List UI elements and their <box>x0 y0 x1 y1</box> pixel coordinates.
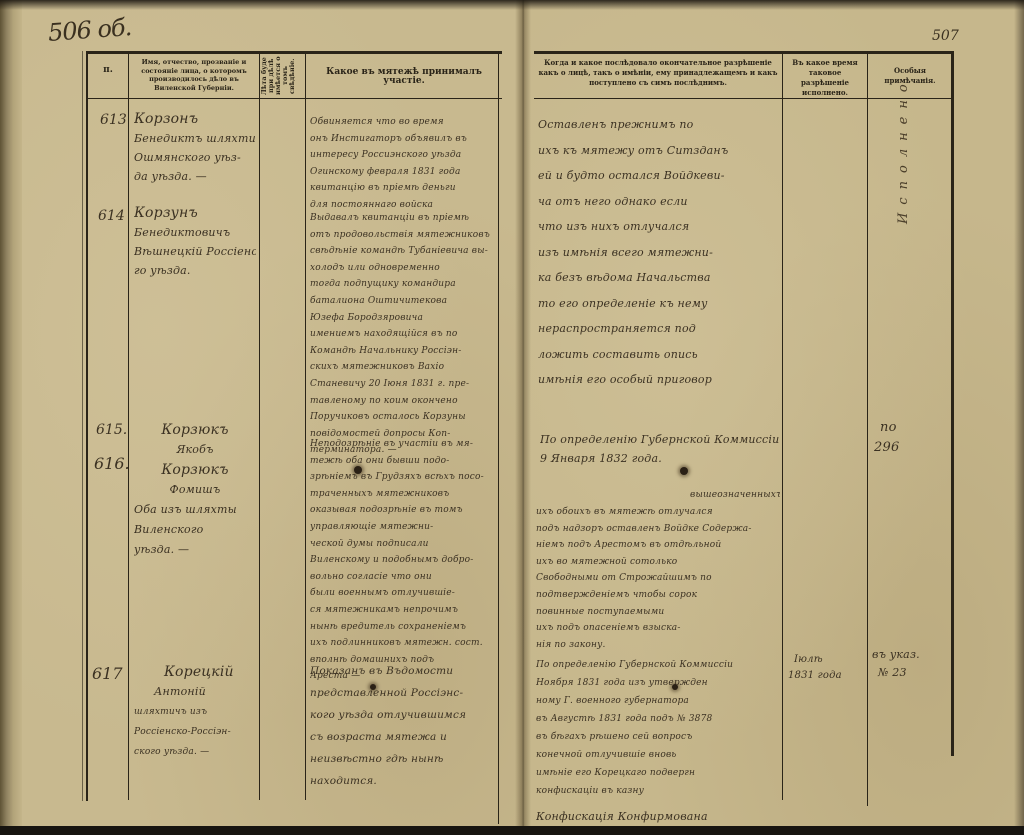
name-line: Корзонъ <box>134 110 256 129</box>
text-line: изъ имѣнія всего мятежни- <box>538 240 782 266</box>
header-name: Имя, отчество, прозваніе и состояніе лиц… <box>131 58 257 92</box>
folio-number-left: 506 об. <box>47 13 132 47</box>
text-line: отъ продовольствiя мятежниковъ <box>310 227 496 244</box>
header-executed: Въ какое время таковое разрѣшеніе исполн… <box>784 58 866 98</box>
name-line: Ошмянского уѣз- <box>134 148 256 167</box>
text-line: ческой думы подписали <box>310 536 496 553</box>
text-line: Ноября 1831 года изъ утвержден <box>536 674 780 692</box>
name-line: Виленского <box>134 520 256 540</box>
text-line: По определенiю Губернской Коммиссiи <box>540 430 782 449</box>
text-line: кого уѣзда отлучившимся <box>310 704 496 726</box>
right-outer-rule <box>951 51 954 756</box>
header-top-rule-left <box>88 51 502 54</box>
book-spine <box>515 0 531 835</box>
paper-hole <box>354 466 362 474</box>
text-line: были военнымъ отлучившiе- <box>310 585 496 602</box>
text-line: зрѣнiемъ въ Грудзяхъ всѣхъ посо- <box>310 469 496 486</box>
left-outer-rule <box>86 51 88 801</box>
text-line: Свободными от Строжайшимъ по <box>536 570 780 587</box>
right-page-edge <box>1014 0 1024 826</box>
text-line: скихъ мятежниковъ Вахiо <box>310 359 496 376</box>
entry-name: Корзунъ Бенедиктовичъ Вѣшнецкiй Россiенс… <box>134 204 256 280</box>
col-rule-age <box>305 54 306 800</box>
text-line: Командѣ Начальнику Россiэн- <box>310 343 496 360</box>
header-resolution: Когда и какое послѣдовало окончательное … <box>536 58 780 88</box>
header-participation: Какое въ мятежѣ принималъ участіе. <box>310 68 498 86</box>
entry-participation: Показанъ въ Въдомости представленной Рос… <box>310 660 496 792</box>
text-line: Обвиняется что во время <box>310 114 496 131</box>
text-line: нераспространяется под <box>538 316 782 342</box>
text-line: траченныхъ мятежниковъ <box>310 486 496 503</box>
text-line: подъ надзоръ оставленъ Войдке Содержа- <box>536 521 780 538</box>
text-line: № 23 <box>872 664 950 682</box>
text-line: интересу Россиэнского уѣзда <box>310 147 496 164</box>
name-line: шляхтичъ изъ <box>134 702 256 722</box>
col-rule-participation <box>498 54 499 824</box>
paper-hole <box>680 467 688 475</box>
name-line: го уѣзда. <box>134 261 256 280</box>
text-line: 9 Января 1832 года. <box>540 449 782 468</box>
ledger-spread: 506 об. 507 п. Имя, отчество, прозваніе … <box>0 0 1024 828</box>
page-stack-edge <box>0 0 22 826</box>
text-line: въ указ. <box>872 646 950 664</box>
text-line: Неподозрѣнiе въ участiи въ мя- <box>310 436 496 453</box>
text-line: Поручиковъ осталось Корзуны <box>310 409 496 426</box>
text-line: нынѣ вредитель сохраненiемъ <box>310 619 496 636</box>
entry-number: 613 <box>100 112 127 128</box>
entry-name: Корзюкъ Якобъ Корзюкъ Фомишъ Оба изъ шля… <box>134 420 256 560</box>
name-line: Россiенско-Россiэн- <box>134 722 256 742</box>
entry-resolution-insert: вышеозначенныхъ <box>690 486 780 505</box>
entry-remarks: въ указ. № 23 <box>872 646 950 682</box>
text-line: конфискацiи въ казну <box>536 782 780 800</box>
text-line: находится. <box>310 770 496 792</box>
name-line: ского уѣзда. — <box>134 742 256 762</box>
entry-remarks: по 296 <box>874 418 950 458</box>
text-line: Показанъ въ Въдомости <box>310 660 496 682</box>
entry-resolution-heading: По определенiю Губернской Коммиссiи 9 Ян… <box>540 430 782 468</box>
text-line: Станевичу 20 Iюня 1831 г. пре- <box>310 376 496 393</box>
text-line: свѣдѣнiе командѣ Тубанiевича вы- <box>310 243 496 260</box>
header-age: Лѣта буде при дѣлѣ имѣется о томъ свѣдѣн… <box>261 56 303 96</box>
text-line: ложить составить опись <box>538 342 782 368</box>
entry-number: 614 <box>98 208 125 224</box>
entry-name: Корзонъ Бенедиктъ шляхтич Ошмянского уѣз… <box>134 110 256 186</box>
text-line: холодъ или одновременно <box>310 260 496 277</box>
text-line: представленной Россiэнс- <box>310 682 496 704</box>
text-line: неизвѣстно гдѣ нынѣ <box>310 748 496 770</box>
text-line: Огинскому февраля 1831 года <box>310 164 496 181</box>
header-bottom-rule-right <box>534 98 952 99</box>
left-outer-rule-double <box>82 51 83 801</box>
text-line: управляющiе мятежни- <box>310 519 496 536</box>
col-rule-number <box>128 54 129 800</box>
text-line: имениемъ находящiйся въ по <box>310 326 496 343</box>
text-line: Юзефа Бородзяровича <box>310 310 496 327</box>
name-line: Антонiй <box>134 682 256 702</box>
text-line: повинные поступаемыми <box>536 604 780 621</box>
text-line: по <box>874 418 950 438</box>
header-number: п. <box>90 66 126 75</box>
text-line: тавленому по коим окончено <box>310 393 496 410</box>
col-rule-resolution <box>782 54 783 800</box>
text-line: въ бѣгахъ рѣшено сей вопросъ <box>536 728 780 746</box>
text-line: ча отъ него однако если <box>538 189 782 215</box>
header-top-rule-right <box>534 51 952 54</box>
text-line: баталиона Оштичитекова <box>310 293 496 310</box>
name-line: Фомишъ <box>134 480 256 500</box>
name-line: Бенедиктовичъ <box>134 223 256 242</box>
text-line: ихъ во мятежной сотолько <box>536 554 780 571</box>
name-line: Корецкiй <box>134 662 256 682</box>
name-line: Бенедиктъ шляхтич <box>134 129 256 148</box>
text-line: По определенiю Губернской Коммиссiи <box>536 656 780 674</box>
text-line: съ возраста мятежа и <box>310 726 496 748</box>
name-line: Якобъ <box>134 440 256 460</box>
entry-participation: Выдавалъ квитанцiи въ прiемѣ отъ продово… <box>310 210 496 459</box>
entry-resolution: ихъ обоихъ въ мятежѣ отлучался подъ надз… <box>536 504 780 653</box>
text-line: ихъ подлинниковъ мятежн. сост. <box>310 635 496 652</box>
name-line: уѣзда. — <box>134 540 256 560</box>
name-line: Корзунъ <box>134 204 256 223</box>
text-line: Iюлѣ <box>788 652 866 668</box>
text-line: ихъ къ мятежу отъ Ситзданъ <box>538 138 782 164</box>
text-line: то его определенiе къ нему <box>538 291 782 317</box>
text-line: Конфискацiя Конфирмована <box>536 808 780 826</box>
entry-number: 615. <box>96 422 127 438</box>
text-line: Выдавалъ квитанцiи въ прiемѣ <box>310 210 496 227</box>
name-line: Корзюкъ <box>134 460 256 480</box>
text-line: 296 <box>874 438 950 458</box>
entry-resolution: По определенiю Губернской Коммиссiи Нояб… <box>536 656 780 826</box>
text-line: ихъ обоихъ въ мятежѣ отлучался <box>536 504 780 521</box>
text-line: Виленскому и подобнымъ добро- <box>310 552 496 569</box>
entry-number: 617 <box>92 664 123 683</box>
col-rule-name <box>259 54 260 800</box>
name-line: да уѣзда. — <box>134 167 256 186</box>
text-line: ному Г. военного губернатора <box>536 692 780 710</box>
text-line: оказывая подозрѣнiе въ томъ <box>310 502 496 519</box>
folio-number-right: 507 <box>932 28 959 44</box>
remark-vertical: Исполнено <box>896 104 911 224</box>
text-line: вольно согласiе что они <box>310 569 496 586</box>
text-line: тогда подпущику командира <box>310 276 496 293</box>
paper-hole <box>370 684 376 690</box>
col-rule-executed <box>867 54 868 806</box>
background-bottom <box>0 826 1024 835</box>
text-line: ей и будто остался Войдкеви- <box>538 163 782 189</box>
name-line: Вѣшнецкiй Россiенска- <box>134 242 256 261</box>
entry-number: 616. <box>94 454 130 473</box>
text-line: 1831 года <box>788 668 866 684</box>
entry-executed: Iюлѣ 1831 года <box>788 652 866 684</box>
text-line: подтвержденiемъ чтобы сорок <box>536 587 780 604</box>
text-line: имѣнiе его Корецкаго подвергн <box>536 764 780 782</box>
header-bottom-rule-left <box>88 98 502 99</box>
entry-name: Корецкiй Антонiй шляхтичъ изъ Россiенско… <box>134 662 256 762</box>
name-line: Оба изъ шляхты <box>134 500 256 520</box>
text-line: Оставленъ прежнимъ по <box>538 112 782 138</box>
top-shadow <box>0 0 1024 10</box>
text-line: что изъ нихъ отлучался <box>538 214 782 240</box>
name-line: Корзюкъ <box>134 420 256 440</box>
text-line: квитанцію въ пріемѣ деньги <box>310 180 496 197</box>
entry-participation: Обвиняется что во время онъ Инстигаторъ … <box>310 114 496 214</box>
text-line: онъ Инстигаторъ объявилъ въ <box>310 131 496 148</box>
text-line: ка безъ вѣдома Начальства <box>538 265 782 291</box>
text-line: ся мятежникамъ непрочимъ <box>310 602 496 619</box>
text-line: нiемъ подъ Арестомъ въ отдѣльной <box>536 537 780 554</box>
text-line: ихъ подъ опасенiемъ взыска- <box>536 620 780 637</box>
paper-hole <box>672 684 678 690</box>
text-line: въ Августѣ 1831 года подъ № 3878 <box>536 710 780 728</box>
text-line: тежѣ оба они бывши подо- <box>310 453 496 470</box>
text-line: имѣнiя его особый приговор <box>538 367 782 393</box>
text-line: конечной отлучившiе вновь <box>536 746 780 764</box>
entry-participation: Неподозрѣнiе въ участiи въ мя- тежѣ оба … <box>310 436 496 685</box>
text-line: нiя по закону. <box>536 637 780 654</box>
entry-resolution: Оставленъ прежнимъ по ихъ къ мятежу отъ … <box>538 112 782 393</box>
